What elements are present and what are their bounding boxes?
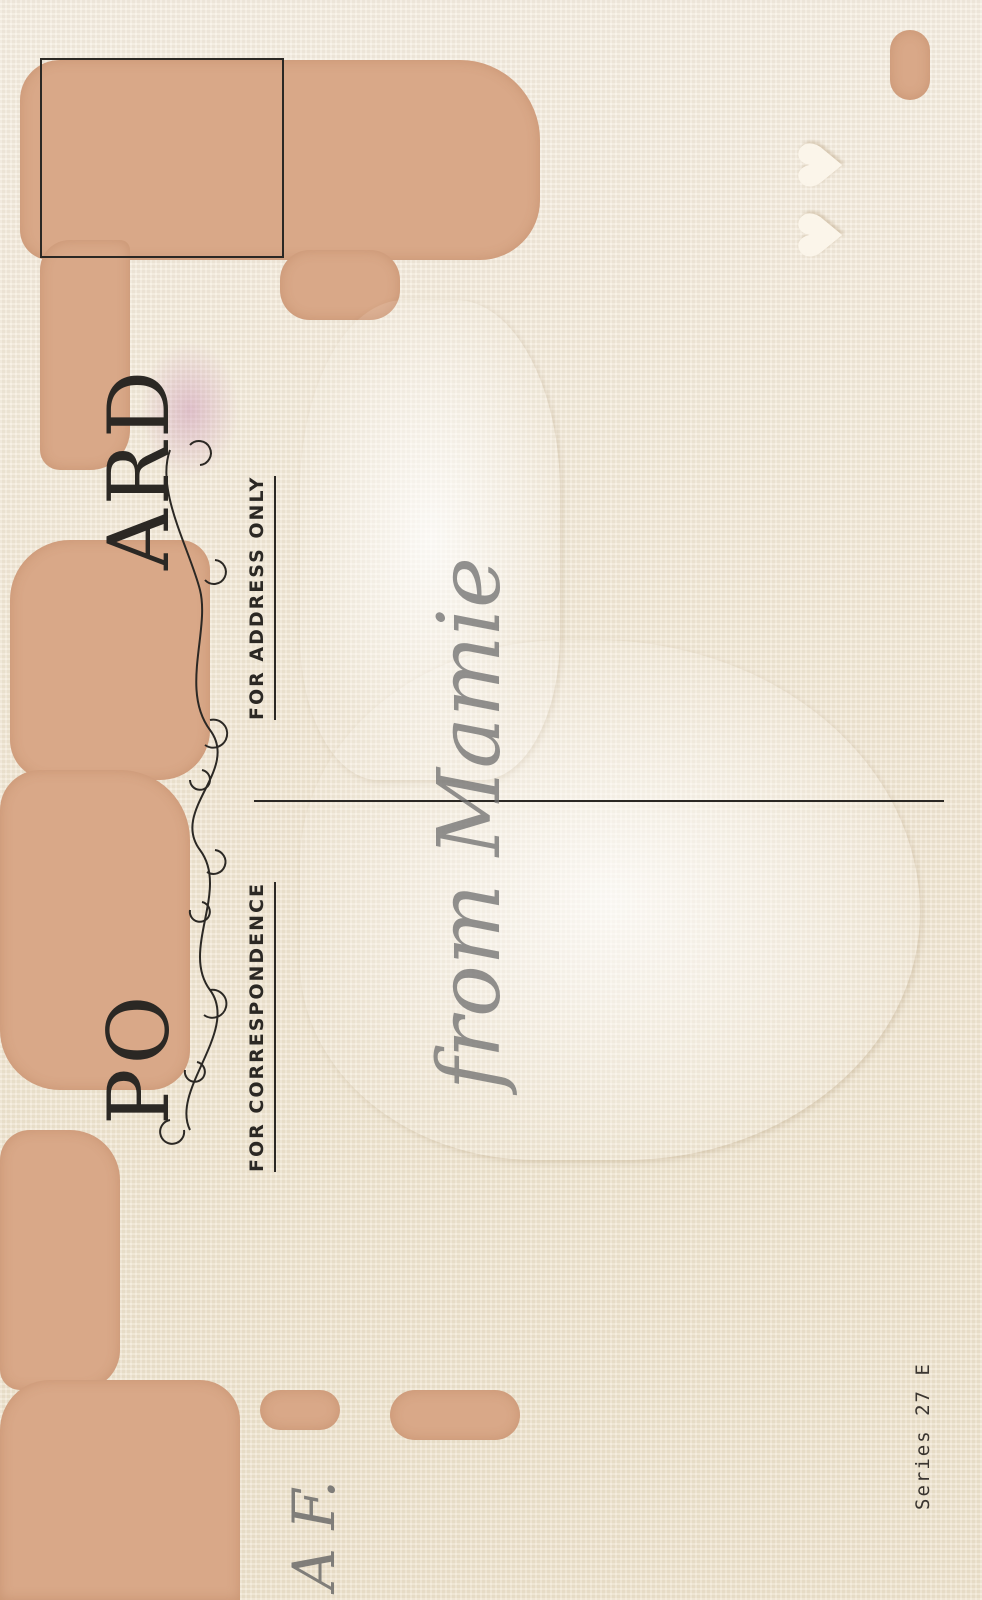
torn-area	[390, 1390, 520, 1440]
handwritten-note: from Mamie	[420, 557, 520, 1090]
stamp-box	[40, 58, 284, 258]
postcard-back: ♥ ♥ PO ARD FOR ADDRESS ONLY FOR CORRESPO…	[0, 0, 982, 1600]
heart-icon: ♥	[787, 208, 857, 262]
torn-area	[890, 30, 930, 100]
correspondence-label: FOR CORRESPONDENCE	[246, 882, 276, 1172]
embossed-figure	[300, 640, 920, 1160]
handwritten-initials: A F.	[280, 1480, 348, 1590]
address-divider-line	[254, 800, 944, 802]
series-number: Series 27 E	[912, 1362, 934, 1510]
torn-area	[0, 1130, 120, 1390]
flourish-ornament	[150, 430, 250, 1150]
heart-icon: ♥	[787, 138, 857, 192]
torn-area	[0, 1380, 240, 1600]
torn-area	[260, 1390, 340, 1430]
address-label: FOR ADDRESS ONLY	[246, 476, 276, 720]
